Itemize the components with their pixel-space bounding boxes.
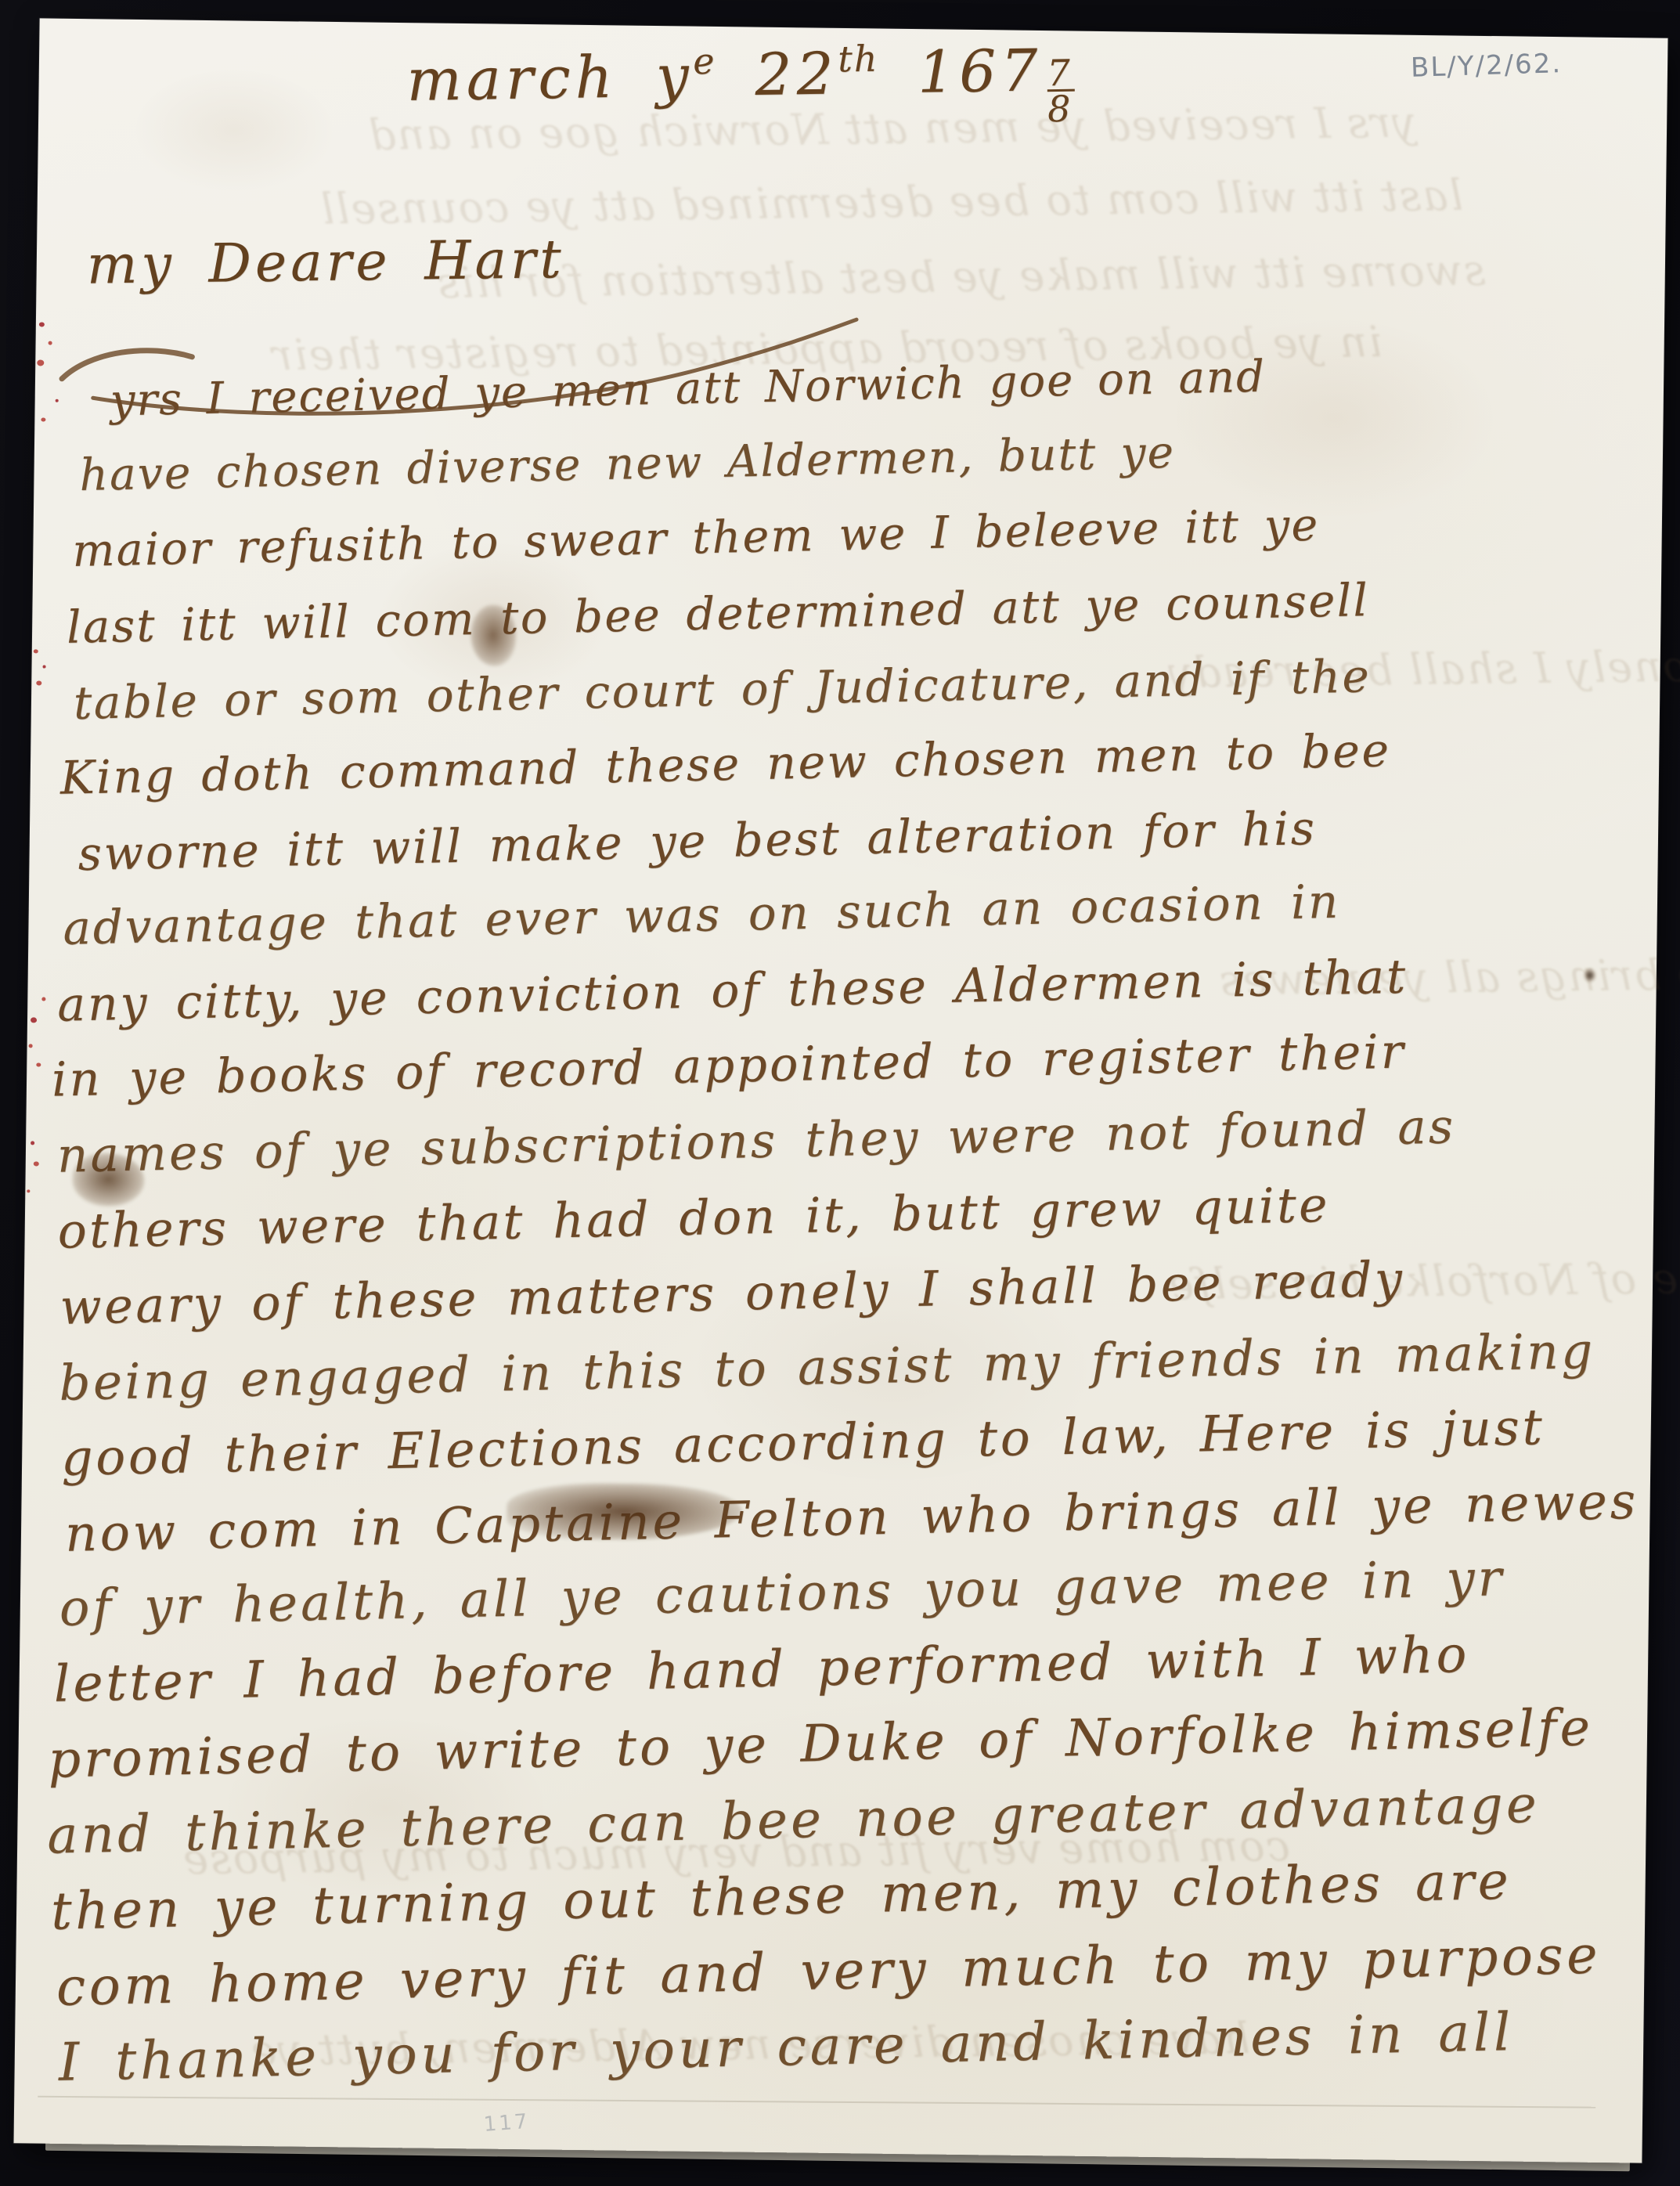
red-speckle-layer — [40, 18, 1668, 38]
manuscript-line: promised to write to ye Duke of Norfolke… — [48, 1698, 1594, 1789]
manuscript-line: names of ye subscriptions they were not … — [56, 1098, 1456, 1183]
red-speckle — [29, 1044, 33, 1048]
letter-page: yrs I received ye men att Norwich goe on… — [13, 18, 1667, 2163]
manuscript-line: letter I had before hand performed with … — [53, 1625, 1470, 1714]
date-month: march — [406, 44, 618, 114]
red-speckle — [49, 341, 52, 345]
manuscript-line: others were that had don it, butt grew q… — [57, 1177, 1330, 1260]
manuscript-line: last itt will com to bee determined att … — [66, 574, 1369, 654]
red-speckle — [41, 997, 45, 1001]
red-speckle — [31, 1141, 34, 1145]
stain-layer — [40, 18, 1668, 38]
shelf-mark: BL/Y/2/62. — [1411, 48, 1563, 84]
manuscript-line: table or som other court of Judicature, … — [73, 649, 1372, 730]
date-ye: ye — [655, 42, 716, 110]
age-stain — [132, 67, 337, 194]
salutation: my Deare Hart — [86, 229, 565, 296]
pencil-page-number: 117 — [483, 2110, 531, 2137]
red-speckle — [43, 666, 46, 669]
date-line: march ye 22th 16778 — [406, 34, 1076, 136]
bottom-crease — [38, 2096, 1595, 2108]
bleedthrough-layer: yrs I received ye men att Norwich goe on… — [40, 18, 1668, 38]
red-speckle — [56, 399, 59, 402]
red-speckle — [39, 322, 45, 326]
manuscript-line: in ye books of record appointed to regis… — [51, 1024, 1406, 1107]
manuscript-line: any citty, ye conviction of these Alderm… — [57, 949, 1408, 1032]
manuscript-line: King doth command these new chosen men t… — [59, 723, 1391, 805]
bleedthrough-line: last itt will com to bee determined att … — [319, 171, 1464, 234]
date-day: 22th — [755, 40, 880, 109]
manuscript-line: of yr health, all ye cautions you gave m… — [59, 1549, 1505, 1638]
manuscript-line: being engaged in this to assist my frien… — [59, 1322, 1596, 1411]
red-speckle — [37, 359, 44, 366]
red-speckle — [34, 649, 38, 653]
paragraph-flourish — [54, 338, 204, 395]
ink-blot — [470, 604, 517, 666]
date-year: 167 — [917, 37, 1043, 106]
red-speckle — [27, 1189, 30, 1192]
bleedthrough-line: sworne itt will make ye best alteration … — [435, 246, 1486, 308]
manuscript-line: sworne itt will make ye best alteration … — [78, 801, 1317, 881]
ink-blot-layer — [40, 18, 1668, 38]
red-speckle — [31, 1017, 37, 1023]
photo-background: yrs I received ye men att Norwich goe on… — [0, 0, 1680, 2186]
red-speckle — [36, 1062, 41, 1066]
date-year-fraction: 78 — [1047, 57, 1076, 126]
manuscript-line: have chosen diverse new Aldermen, butt y… — [79, 427, 1176, 501]
red-speckle — [41, 417, 45, 421]
ink-blot — [1584, 969, 1595, 982]
red-speckle — [34, 1161, 39, 1166]
manuscript-line: good their Elections according to law, H… — [60, 1398, 1545, 1487]
manuscript-line: I thanke you for your care and kindnes i… — [58, 2001, 1515, 2093]
manuscript-line: maior refusith to swear them we I beleev… — [72, 500, 1320, 577]
manuscript-line: advantage that ever was on such an ocasi… — [63, 875, 1341, 956]
manuscript-line: weary of these matters onely I shall bee… — [59, 1250, 1405, 1336]
red-speckle — [36, 680, 41, 685]
manuscript-line: now com in Captaine Felton who brings al… — [64, 1472, 1639, 1563]
